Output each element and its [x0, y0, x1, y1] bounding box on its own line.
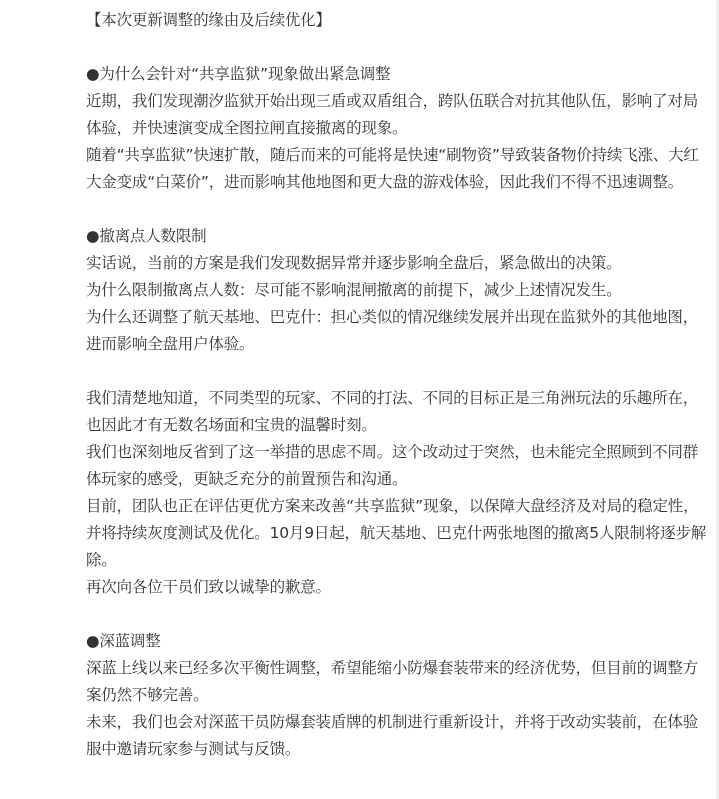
section-apology: 我们清楚地知道，不同类型的玩家、不同的打法、不同的目标正是三角洲玩法的乐趣所在，…: [86, 385, 710, 601]
spacer: [86, 601, 710, 628]
section-heading: ●深蓝调整: [86, 628, 710, 655]
article-title: 【本次更新调整的缘由及后续优化】: [86, 7, 710, 34]
section-heading: ●撤离点人数限制: [86, 223, 710, 250]
paragraph: 深蓝上线以来已经多次平衡性调整，希望能缩小防爆套装带来的经济优势，但目前的调整方…: [86, 655, 710, 709]
paragraph: 我们也深刻地反省到了这一举措的思虑不周。这个改动过于突然，也未能完全照顾到不同群…: [86, 439, 710, 493]
section-heading: ●为什么会针对“共享监狱”现象做出紧急调整: [86, 61, 710, 88]
paragraph: 为什么还调整了航天基地、巴克什：担心类似的情况继续发展并出现在监狱外的其他地图，…: [86, 304, 710, 358]
paragraph: 实话说，当前的方案是我们发现数据异常并逐步影响全盘后，紧急做出的决策。: [86, 250, 710, 277]
paragraph: 目前，团队也正在评估更优方案来改善“共享监狱”现象，以保障大盘经济及对局的稳定性…: [86, 493, 710, 574]
section-deep-blue: ●深蓝调整 深蓝上线以来已经多次平衡性调整，希望能缩小防爆套装带来的经济优势，但…: [86, 628, 710, 763]
paragraph: 近期，我们发现潮汐监狱开始出现三盾或双盾组合，跨队伍联合对抗其他队伍，影响了对局…: [86, 88, 710, 142]
section-shared-prison: ●为什么会针对“共享监狱”现象做出紧急调整 近期，我们发现潮汐监狱开始出现三盾或…: [86, 61, 710, 196]
paragraph: 随着“共享监狱”快速扩散，随后而来的可能将是快速“刷物资”导致装备物价持续飞涨、…: [86, 142, 710, 196]
spacer: [86, 358, 710, 385]
section-extraction-limit: ●撤离点人数限制 实话说，当前的方案是我们发现数据异常并逐步影响全盘后，紧急做出…: [86, 223, 710, 358]
paragraph: 为什么限制撤离点人数：尽可能不影响混闸撤离的前提下，减少上述情况发生。: [86, 277, 710, 304]
paragraph: 未来，我们也会对深蓝干员防爆套装盾牌的机制进行重新设计，并将于改动实装前，在体验…: [86, 709, 710, 763]
paragraph: 再次向各位干员们致以诚挚的歉意。: [86, 574, 710, 601]
spacer: [86, 34, 710, 61]
paragraph: 我们清楚地知道，不同类型的玩家、不同的打法、不同的目标正是三角洲玩法的乐趣所在，…: [86, 385, 710, 439]
spacer: [86, 196, 710, 223]
article-body: 【本次更新调整的缘由及后续优化】 ●为什么会针对“共享监狱”现象做出紧急调整 近…: [86, 7, 710, 763]
